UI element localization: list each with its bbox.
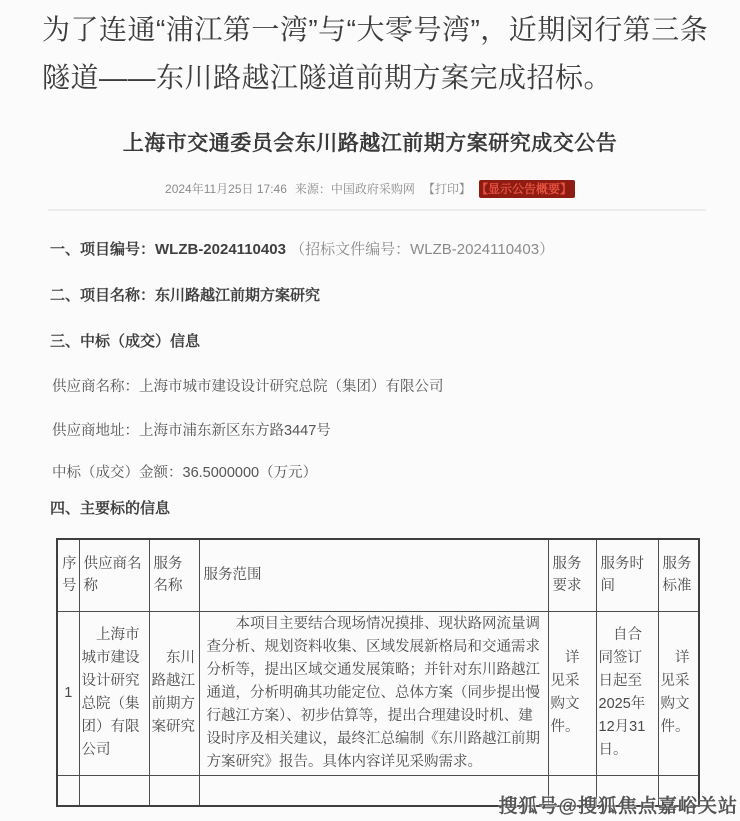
main-subject-table: 序号 供应商名称 服务名称 服务范围 服务要求 服务时间 服务标准 1 上海市城… — [56, 538, 700, 807]
divider — [48, 209, 706, 211]
article-intro: 为了连通“浦江第一湾”与“大零号湾”，近期闵行第三条隧道——东川路越江隧道前期方… — [42, 6, 712, 102]
tender-doc-number-note: （招标文件编号：WLZB-2024110403） — [290, 241, 554, 258]
col-header-service-scope: 服务范围 — [199, 539, 548, 611]
print-button[interactable]: 【打印】 — [423, 182, 471, 196]
cell-seq: 1 — [57, 611, 79, 775]
section-main-subject-info: 四、主要标的信息 — [50, 497, 170, 518]
table-row: 1 上海市城市建设设计研究总院（集团）有限公司 东川路越江前期方案研究 本项目主… — [57, 611, 699, 775]
empty-cell — [199, 775, 548, 806]
publish-datetime: 2024年11月25日 17:46 — [165, 182, 287, 196]
cell-service-requirement: 详见采购文件。 — [548, 611, 596, 775]
empty-cell — [57, 775, 79, 806]
source-text: 来源：中国政府采购网 — [295, 182, 415, 196]
project-number-text: 一、项目编号：WLZB-2024110403 — [50, 241, 286, 258]
col-header-service-standard: 服务标准 — [658, 539, 699, 611]
cell-supplier: 上海市城市建设设计研究总院（集团）有限公司 — [79, 611, 149, 775]
section-award-info: 三、中标（成交）信息 — [50, 330, 200, 351]
sohu-watermark: 搜狐号@搜狐焦点嘉峪关站 — [498, 791, 738, 818]
section-project-number: 一、项目编号：WLZB-2024110403 （招标文件编号：WLZB-2024… — [50, 238, 554, 259]
table-header-row: 序号 供应商名称 服务名称 服务范围 服务要求 服务时间 服务标准 — [57, 539, 699, 611]
empty-cell — [149, 775, 199, 806]
show-summary-button[interactable]: 【显示公告概要】 — [479, 180, 575, 198]
announcement-title: 上海市交通委员会东川路越江前期方案研究成交公告 — [0, 127, 740, 157]
col-header-service-name: 服务名称 — [149, 539, 199, 611]
announcement-meta: 2024年11月25日 17:46来源：中国政府采购网【打印】【显示公告概要】 — [0, 180, 740, 197]
supplier-address-line: 供应商地址：上海市浦东新区东方路3447号 — [52, 419, 331, 440]
col-header-seq: 序号 — [57, 539, 79, 611]
col-header-service-requirement: 服务要求 — [548, 539, 596, 611]
cell-service-standard: 详见采购文件。 — [658, 611, 699, 775]
cell-service-scope: 本项目主要结合现场情况摸排、现状路网流量调查分析、规划资料收集、区域发展新格局和… — [199, 611, 548, 775]
cell-service-time: 自合同签订日起至2025年12月31日。 — [596, 611, 658, 775]
supplier-name-line: 供应商名称：上海市城市建设设计研究总院（集团）有限公司 — [52, 375, 444, 396]
section-project-name: 二、项目名称：东川路越江前期方案研究 — [50, 284, 320, 305]
col-header-supplier: 供应商名称 — [79, 539, 149, 611]
empty-cell — [79, 775, 149, 806]
col-header-service-time: 服务时间 — [596, 539, 658, 611]
award-amount-line: 中标（成交）金额：36.5000000（万元） — [52, 461, 317, 482]
cell-service-name: 东川路越江前期方案研究 — [149, 611, 199, 775]
